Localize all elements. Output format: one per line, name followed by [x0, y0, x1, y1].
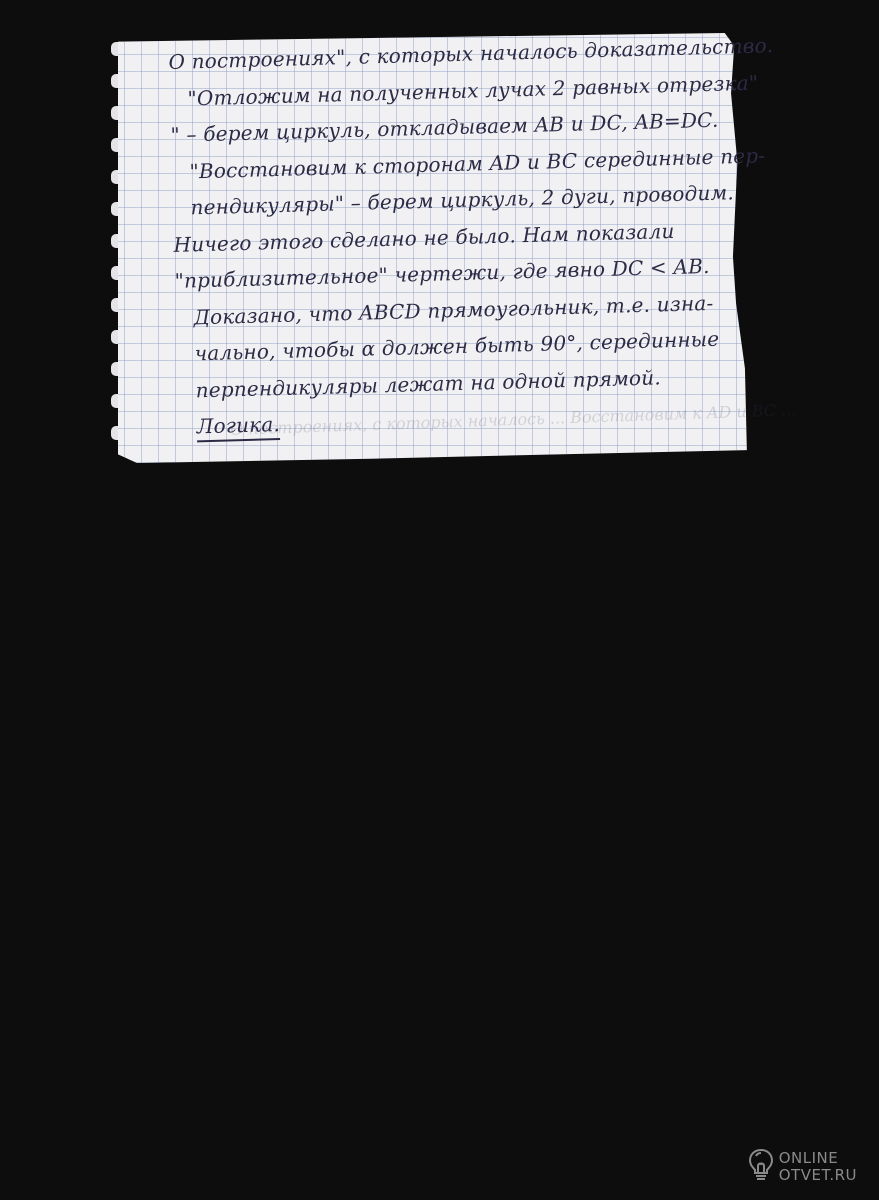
watermark-text: ONLINE OTVET.RU: [779, 1150, 857, 1184]
note-signature: Логика.: [196, 412, 280, 442]
watermark-line-1: ONLINE: [779, 1150, 857, 1167]
site-watermark: ONLINE OTVET.RU: [747, 1148, 857, 1186]
watermark-line-2: OTVET.RU: [779, 1167, 857, 1184]
handwritten-note: О построениях", с которых началось доказ…: [168, 28, 749, 445]
lightbulb-icon: [747, 1148, 775, 1186]
